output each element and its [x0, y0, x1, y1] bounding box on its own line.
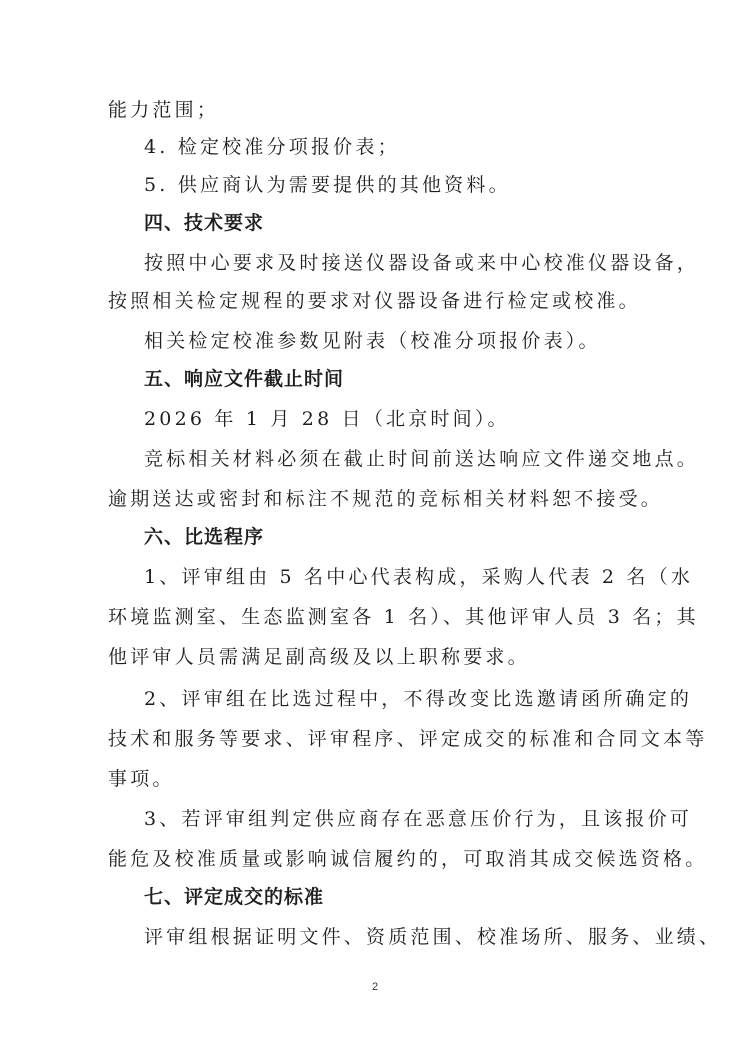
paragraph-line: 环境监测室、生态监测室各 1 名）、其他评审人员 3 名；其: [108, 604, 648, 630]
paragraph-line: 技术和服务等要求、评审程序、评定成交的标准和合同文本等: [108, 726, 648, 752]
paragraph-line: 按照中心要求及时接送仪器设备或来中心校准仪器设备，: [144, 250, 684, 276]
paragraph-line: 评审组根据证明文件、资质范围、校准场所、服务、业绩、: [144, 924, 684, 950]
paragraph-line: 逾期送达或密封和标注不规范的竞标相关材料恕不接受。: [108, 486, 648, 512]
section-heading-technical-requirements: 四、技术要求: [144, 210, 684, 236]
paragraph-line: 按照相关检定规程的要求对仪器设备进行检定或校准。: [108, 288, 648, 314]
page-number: 2: [0, 981, 750, 993]
document-page: 能力范围； 4. 检定校准分项报价表； 5. 供应商认为需要提供的其他资料。 四…: [0, 0, 750, 1061]
paragraph-line: 相关检定校准参数见附表（校准分项报价表）。: [144, 328, 684, 354]
body-line: 能力范围；: [108, 97, 648, 123]
paragraph-line: 他评审人员需满足副高级及以上职称要求。: [108, 644, 648, 670]
section-heading-deadline: 五、响应文件截止时间: [144, 366, 684, 392]
paragraph-line: 1、评审组由 5 名中心代表构成，采购人代表 2 名（水: [144, 564, 684, 590]
paragraph-line: 能危及校准质量或影响诚信履约的，可取消其成交候选资格。: [108, 846, 648, 872]
paragraph-line: 竞标相关材料必须在截止时间前送达响应文件递交地点。: [144, 446, 684, 472]
paragraph-line: 2、评审组在比选过程中，不得改变比选邀请函所确定的: [144, 686, 684, 712]
list-item-5: 5. 供应商认为需要提供的其他资料。: [144, 172, 684, 198]
paragraph-line: 3、若评审组判定供应商存在恶意压价行为，且该报价可: [144, 806, 684, 832]
list-item-4: 4. 检定校准分项报价表；: [144, 134, 684, 160]
section-heading-selection-procedure: 六、比选程序: [144, 524, 684, 550]
section-heading-award-criteria: 七、评定成交的标准: [144, 884, 684, 910]
paragraph-line: 事项。: [108, 766, 648, 792]
deadline-date: 2026 年 1 月 28 日（北京时间）。: [144, 406, 684, 432]
